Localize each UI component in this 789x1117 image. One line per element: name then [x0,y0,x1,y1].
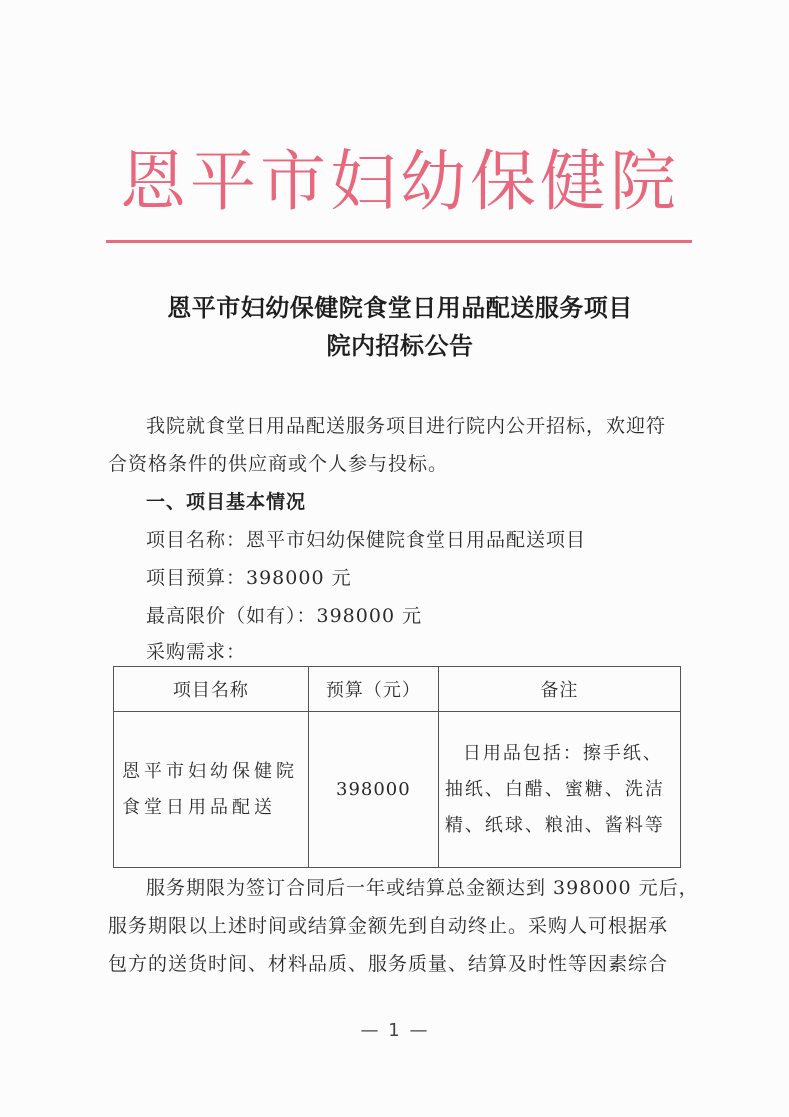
intro-line-2: 合资格条件的供应商或个人参与投标。 [108,446,692,482]
document-title-line-1: 恩平市妇幼保健院食堂日用品配送服务项目 [100,289,700,327]
note-line-3: 精、纸球、粮油、酱料等 [445,808,679,844]
table-header-note: 备注 [438,667,680,712]
service-period-line-2: 服务期限以上述时间或结算金额先到自动终止。采购人可根据承 [108,908,692,944]
section-heading-basic-info: 一、项目基本情况 [146,484,306,520]
max-price-line: 最高限价（如有）：398000 元 [146,598,730,634]
service-period-line-1: 服务期限为签订合同后一年或结算总金额达到 398000 元后， [146,870,730,906]
project-name-line-2: 食堂日用品配送 [122,790,307,826]
document-title-line-2: 院内招标公告 [100,327,700,365]
letterhead-divider [106,240,692,243]
note-line-2: 抽纸、白醋、蜜糖、洗洁 [445,772,679,808]
service-period-line-3: 包方的送货时间、材料品质、服务质量、结算及时性等因素综合 [108,946,692,982]
table-header-row: 项目名称 预算（元） 备注 [114,667,681,712]
page-number: — 1 — [330,1020,460,1041]
table-cell-project-name: 恩平市妇幼保健院 食堂日用品配送 [114,712,309,868]
project-budget-line: 项目预算：398000 元 [146,560,730,596]
table-header-budget: 预算（元） [308,667,438,712]
organization-letterhead: 恩平市妇幼保健院 [100,138,700,226]
note-line-1: 日用品包括：擦手纸、 [445,736,679,772]
table-cell-budget: 398000 [308,712,438,868]
project-name-line-1: 恩平市妇幼保健院 [122,754,307,790]
table-row: 恩平市妇幼保健院 食堂日用品配送 398000 日用品包括：擦手纸、 抽纸、白醋… [114,712,681,868]
document-page: 恩平市妇幼保健院 恩平市妇幼保健院食堂日用品配送服务项目 院内招标公告 我院就食… [0,0,789,1117]
requirements-label: 采购需求： [146,634,730,670]
table-cell-note: 日用品包括：擦手纸、 抽纸、白醋、蜜糖、洗洁 精、纸球、粮油、酱料等 [438,712,680,868]
table-header-project-name: 项目名称 [114,667,309,712]
project-name-line: 项目名称：恩平市妇幼保健院食堂日用品配送项目 [146,522,730,558]
intro-line-1: 我院就食堂日用品配送服务项目进行院内公开招标，欢迎符 [146,408,730,444]
requirements-table: 项目名称 预算（元） 备注 恩平市妇幼保健院 食堂日用品配送 398000 日用… [113,666,681,868]
